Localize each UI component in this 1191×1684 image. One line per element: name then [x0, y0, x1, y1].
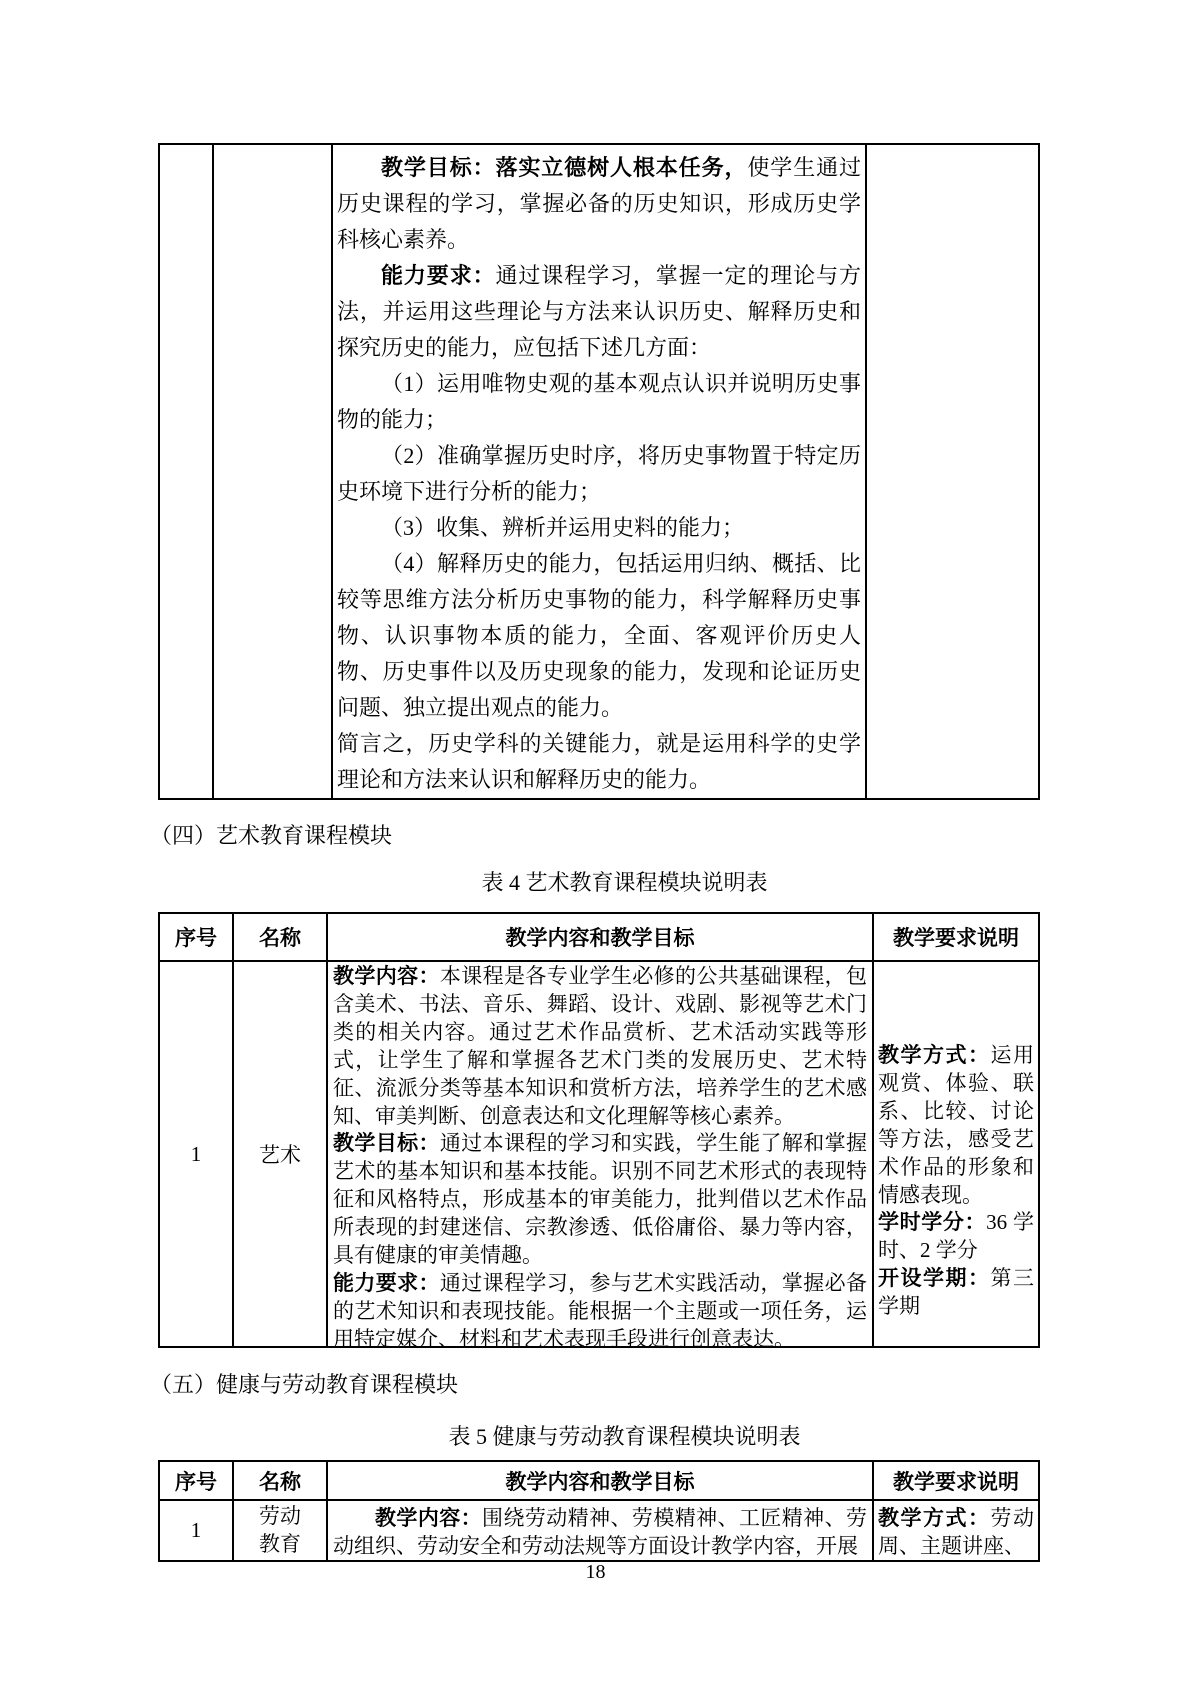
- paragraph-label: 教学目标：: [333, 1131, 440, 1155]
- paragraph-label: 教学内容：: [375, 1506, 482, 1530]
- health-labor-education-table: 序号 名称 教学内容和教学目标 教学要求说明 1 劳动教育 教学内容：围绕劳动精…: [158, 1460, 1040, 1562]
- paragraph-label: 开设学期：: [878, 1266, 991, 1290]
- cell-requirements: 教学方式：劳动周、主题讲座、: [874, 1501, 1038, 1560]
- paragraph-text: （2）准确掌握历史时序，将历史事物置于特定历史环境下进行分析的能力；: [337, 443, 861, 504]
- paragraph-label: 教学方式：: [878, 1043, 991, 1067]
- art-education-table: 序号 名称 教学内容和教学目标 教学要求说明 1 艺术 教学内容：本课程是各专业…: [158, 912, 1040, 1348]
- header-index: 序号: [160, 1462, 234, 1499]
- paragraph: 教学内容：围绕劳动精神、劳模精神、工匠精神、劳动组织、劳动安全和劳动法规等方面设…: [333, 1505, 867, 1560]
- paragraph: （3）收集、辨析并运用史料的能力；: [337, 510, 861, 546]
- cell-name-empty: [214, 145, 333, 798]
- paragraph-text: 简言之，历史学科的关键能力，就是运用科学的史学理论和方法来认识和解释历史的能力。: [337, 731, 861, 792]
- paragraph-label: 教学方式：: [878, 1506, 991, 1530]
- cell-index-empty: [160, 145, 214, 798]
- paragraph: 教学目标：通过本课程的学习和实践，学生能了解和掌握艺术的基本知识和基本技能。识别…: [333, 1130, 867, 1270]
- table-header-row: 序号 名称 教学内容和教学目标 教学要求说明: [160, 914, 1038, 962]
- paragraph-label: 教学内容：: [333, 964, 440, 988]
- paragraph: 学时学分：36 学时、2 学分: [878, 1209, 1034, 1265]
- section4-heading: （四）艺术教育课程模块: [150, 819, 392, 850]
- cell-teaching-content: 教学内容：围绕劳动精神、劳模精神、工匠精神、劳动组织、劳动安全和劳动法规等方面设…: [328, 1501, 874, 1560]
- cell-teaching-content: 教学内容：本课程是各专业学生必修的公共基础课程，包含美术、书法、音乐、舞蹈、设计…: [328, 962, 874, 1346]
- header-requirements: 教学要求说明: [874, 914, 1038, 960]
- header-requirements: 教学要求说明: [874, 1462, 1038, 1499]
- header-name: 名称: [234, 914, 328, 960]
- paragraph: （1）运用唯物史观的基本观点认识并说明历史事物的能力；: [337, 366, 861, 438]
- page-number: 18: [0, 1561, 1191, 1584]
- table5-title: 表 5 健康与劳动教育课程模块说明表: [0, 1420, 1191, 1451]
- table-row: 1 劳动教育 教学内容：围绕劳动精神、劳模精神、工匠精神、劳动组织、劳动安全和劳…: [160, 1501, 1038, 1560]
- paragraph-label: 能力要求：: [333, 1271, 440, 1295]
- table4-title: 表 4 艺术教育课程模块说明表: [0, 866, 1191, 897]
- cell-requirements-empty: [867, 145, 1038, 798]
- paragraph: 能力要求：通过课程学习，参与艺术实践活动，掌握必备的艺术知识和表现技能。能根据一…: [333, 1270, 867, 1346]
- paragraph: （2）准确掌握历史时序，将历史事物置于特定历史环境下进行分析的能力；: [337, 438, 861, 510]
- history-course-continuation-table: 教学目标：落实立德树人根本任务，使学生通过历史课程的学习，掌握必备的历史知识，形…: [158, 143, 1040, 800]
- paragraph-label: 能力要求：: [381, 263, 496, 288]
- paragraph: 教学内容：本课程是各专业学生必修的公共基础课程，包含美术、书法、音乐、舞蹈、设计…: [333, 963, 867, 1130]
- paragraph: （4）解释历史的能力，包括运用归纳、概括、比较等思维方法分析历史事物的能力，科学…: [337, 546, 861, 726]
- cell-name: 艺术: [234, 962, 328, 1346]
- cell-index: 1: [160, 962, 234, 1346]
- cell-requirements: 教学方式：运用观赏、体验、联系、比较、讨论等方法，感受艺术作品的形象和情感表现。…: [874, 962, 1038, 1346]
- paragraph-text: （1）运用唯物史观的基本观点认识并说明历史事物的能力；: [337, 371, 861, 432]
- cell-name: 劳动教育: [234, 1501, 328, 1560]
- paragraph-label: 学时学分：: [878, 1210, 986, 1234]
- header-name: 名称: [234, 1462, 328, 1499]
- header-content: 教学内容和教学目标: [328, 1462, 874, 1499]
- paragraph: 教学方式：劳动周、主题讲座、: [878, 1505, 1034, 1560]
- table-row: 教学目标：落实立德树人根本任务，使学生通过历史课程的学习，掌握必备的历史知识，形…: [160, 145, 1038, 798]
- paragraph-text: 本课程是各专业学生必修的公共基础课程，包含美术、书法、音乐、舞蹈、设计、戏剧、影…: [333, 964, 867, 1128]
- table-header-row: 序号 名称 教学内容和教学目标 教学要求说明: [160, 1462, 1038, 1501]
- document-page: 教学目标：落实立德树人根本任务，使学生通过历史课程的学习，掌握必备的历史知识，形…: [0, 0, 1191, 1684]
- table-row: 1 艺术 教学内容：本课程是各专业学生必修的公共基础课程，包含美术、书法、音乐、…: [160, 962, 1038, 1346]
- cell-index: 1: [160, 1501, 234, 1560]
- header-index: 序号: [160, 914, 234, 960]
- section5-heading: （五）健康与劳动教育课程模块: [150, 1368, 458, 1399]
- paragraph: 能力要求：通过课程学习，掌握一定的理论与方法，并运用这些理论与方法来认识历史、解…: [337, 258, 861, 366]
- header-content: 教学内容和教学目标: [328, 914, 874, 960]
- paragraph: 开设学期：第三学期: [878, 1265, 1034, 1321]
- cell-name-text: 劳动教育: [257, 1503, 303, 1558]
- paragraph-label: 教学目标：落实立德树人根本任务，: [381, 155, 747, 180]
- paragraph-text: （3）收集、辨析并运用史料的能力；: [381, 515, 744, 540]
- paragraph: 简言之，历史学科的关键能力，就是运用科学的史学理论和方法来认识和解释历史的能力。: [337, 726, 861, 798]
- paragraph: 教学目标：落实立德树人根本任务，使学生通过历史课程的学习，掌握必备的历史知识，形…: [337, 150, 861, 258]
- cell-teaching-content: 教学目标：落实立德树人根本任务，使学生通过历史课程的学习，掌握必备的历史知识，形…: [333, 145, 867, 798]
- paragraph: 教学方式：运用观赏、体验、联系、比较、讨论等方法，感受艺术作品的形象和情感表现。: [878, 1042, 1034, 1209]
- paragraph-text: （4）解释历史的能力，包括运用归纳、概括、比较等思维方法分析历史事物的能力，科学…: [337, 551, 861, 720]
- paragraph-text: 运用观赏、体验、联系、比较、讨论等方法，感受艺术作品的形象和情感表现。: [878, 1043, 1034, 1207]
